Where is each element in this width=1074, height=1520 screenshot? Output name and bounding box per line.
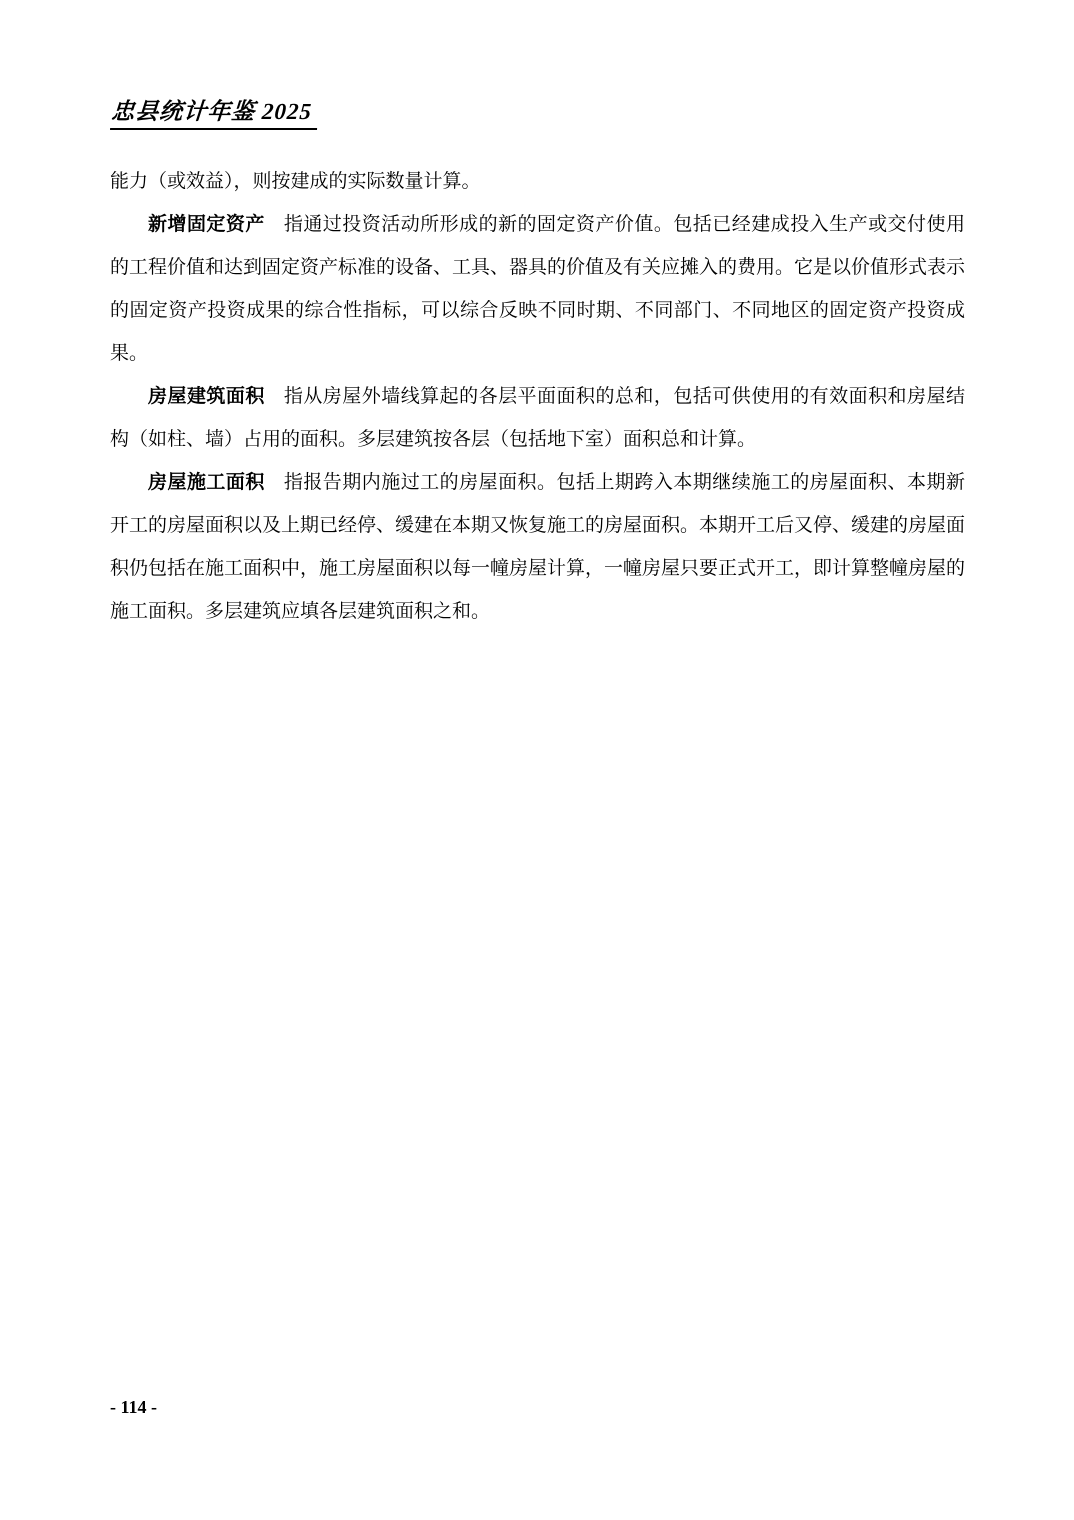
page-number: - 114 - [110, 1395, 157, 1419]
paragraph-capacity-note: 能力（或效益），则按建成的实际数量计算。 [110, 160, 965, 203]
paragraph-building-floor-area: 房屋建筑面积指从房屋外墙线算起的各层平面面积的总和，包括可供使用的有效面积和房屋… [110, 375, 965, 461]
page-header: 忠县统计年鉴 2025 [110, 99, 317, 130]
paragraph-new-fixed-assets: 新增固定资产指通过投资活动所形成的新的固定资产价值。包括已经建成投入生产或交付使… [110, 203, 965, 375]
yearbook-title: 忠县统计年鉴 2025 [110, 99, 319, 130]
term-label: 房屋施工面积 [148, 472, 265, 493]
paragraph-text: 能力（或效益），则按建成的实际数量计算。 [110, 171, 481, 192]
term-label: 新增固定资产 [148, 214, 265, 235]
term-label: 房屋建筑面积 [148, 386, 265, 407]
paragraph-text: 指通过投资活动所形成的新的固定资产价值。包括已经建成投入生产或交付使用的工程价值… [110, 214, 965, 364]
paragraph-construction-floor-area: 房屋施工面积指报告期内施过工的房屋面积。包括上期跨入本期继续施工的房屋面积、本期… [110, 461, 965, 633]
document-page: 忠县统计年鉴 2025 能力（或效益），则按建成的实际数量计算。 新增固定资产指… [0, 0, 1074, 1520]
body-text: 能力（或效益），则按建成的实际数量计算。 新增固定资产指通过投资活动所形成的新的… [110, 160, 965, 633]
paragraph-text: 指报告期内施过工的房屋面积。包括上期跨入本期继续施工的房屋面积、本期新开工的房屋… [110, 472, 965, 622]
